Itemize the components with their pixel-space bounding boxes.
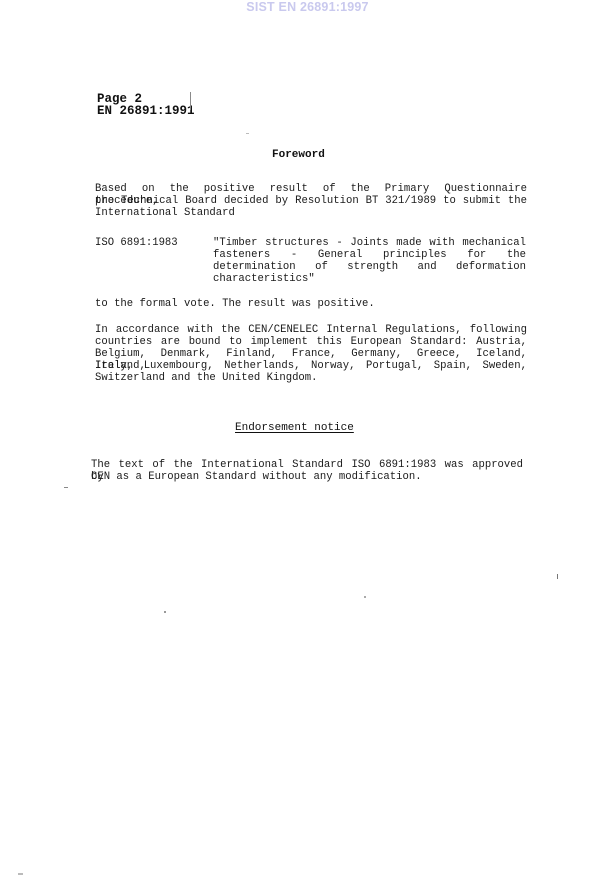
text-line: determination of strength and deformatio… xyxy=(213,261,526,273)
text-line: Based on the positive result of the Prim… xyxy=(95,183,527,195)
scan-speck xyxy=(18,873,23,875)
page-header: Page 2 EN 26891:1991 xyxy=(97,93,195,117)
iso-standard-title: "Timber structures - Joints made with me… xyxy=(213,237,526,285)
text-line: Italy, Luxembourg, Netherlands, Norway, … xyxy=(95,360,527,372)
regulations-paragraph: In accordance with the CEN/CENELEC Inter… xyxy=(95,324,527,384)
scan-speck xyxy=(364,596,366,598)
text-line: International Standard xyxy=(95,207,527,219)
document-id: EN 26891:1991 xyxy=(97,105,195,117)
scan-mark xyxy=(190,92,191,110)
text-line: countries are bound to implement this Eu… xyxy=(95,336,527,348)
text-line: Belgium, Denmark, Finland, France, Germa… xyxy=(95,348,527,360)
endorsement-heading: Endorsement notice xyxy=(235,422,354,434)
text-line: CEN as a European Standard without any m… xyxy=(91,471,523,483)
iso-reference: ISO 6891:1983 xyxy=(95,237,178,249)
endorsement-paragraph: The text of the International Standard I… xyxy=(91,459,523,483)
scan-speck xyxy=(557,574,558,579)
vote-result-text: to the formal vote. The result was posit… xyxy=(95,298,375,310)
text-line: Switzerland and the United Kingdom. xyxy=(95,372,527,384)
scan-speck xyxy=(246,133,249,134)
foreword-heading: Foreword xyxy=(272,149,325,161)
text-line: fasteners - General principles for the xyxy=(213,249,526,261)
text-line: characteristics" xyxy=(213,273,526,285)
watermark: SIST EN 26891:1997 xyxy=(0,0,615,14)
text-line: In accordance with the CEN/CENELEC Inter… xyxy=(95,324,527,336)
foreword-intro-paragraph: Based on the positive result of the Prim… xyxy=(95,183,527,219)
text-line: The text of the International Standard I… xyxy=(91,459,523,471)
scan-speck xyxy=(164,611,166,613)
text-line: the Technical Board decided by Resolutio… xyxy=(95,195,527,207)
scan-speck xyxy=(64,487,68,488)
text-line: "Timber structures - Joints made with me… xyxy=(213,237,526,249)
